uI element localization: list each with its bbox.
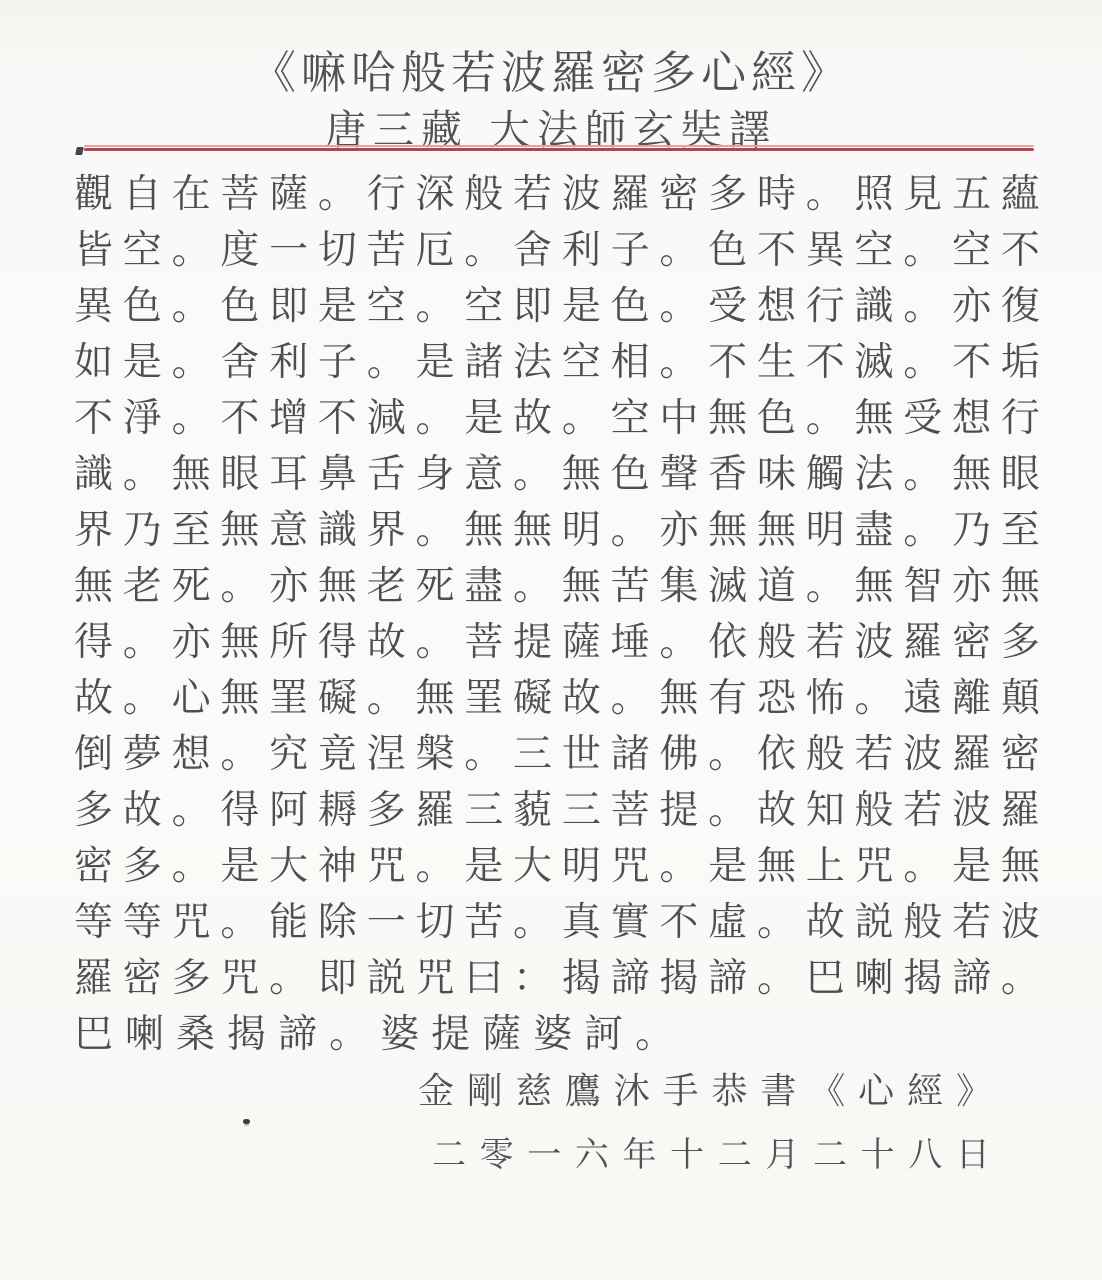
glyph: 故 [74, 679, 113, 718]
glyph: 咒 [855, 847, 894, 886]
glyph: 無 [1001, 847, 1040, 886]
glyph: 多 [708, 175, 747, 214]
glyph: 淨 [123, 399, 162, 438]
glyph: 故 [757, 791, 796, 830]
glyph: 。 [464, 231, 503, 270]
glyph: 中 [659, 399, 698, 438]
glyph: 若 [806, 623, 845, 662]
glyph: 法 [855, 455, 894, 494]
glyph: 諦 [708, 959, 747, 998]
glyph: 無 [513, 511, 552, 550]
glyph: 皆 [74, 231, 113, 270]
glyph: 知 [806, 791, 845, 830]
glyph: 顛 [1001, 679, 1040, 718]
glyph: 倒 [74, 735, 113, 774]
glyph: 羅 [611, 175, 650, 214]
glyph: 有 [708, 679, 747, 718]
glyph: 切 [415, 903, 454, 942]
glyph: 若 [903, 791, 942, 830]
glyph: 。 [172, 343, 211, 382]
glyph: 觀 [74, 175, 113, 214]
glyph: 心 [172, 679, 211, 718]
calligraphy-page: 《嘛哈般若波羅密多心經》 唐三藏 大法師玄奘譯 觀自在菩薩。行深般若波羅密多時。… [0, 0, 1102, 1280]
glyph: 多 [367, 791, 406, 830]
glyph: 。 [1001, 959, 1040, 998]
sutra-title: 《嘛哈般若波羅密多心經》 [0, 36, 1102, 101]
glyph: 羅 [74, 959, 113, 998]
glyph: 菩 [611, 791, 650, 830]
glyph: 埵 [611, 623, 650, 662]
sutra-line: 倒夢想。究竟涅槃。三世諸佛。依般若波羅密 [74, 726, 1040, 782]
glyph: 。 [513, 567, 552, 606]
glyph: 是 [220, 847, 259, 886]
glyph: 無 [659, 679, 698, 718]
glyph: 。 [806, 175, 845, 214]
glyph: 提 [431, 1015, 470, 1054]
ink-speck [243, 1119, 250, 1124]
glyph: 五 [952, 175, 991, 214]
date-line: 二零一六年十二月二十八日 [432, 1138, 990, 1172]
glyph: 究 [269, 735, 308, 774]
glyph: 。 [513, 455, 552, 494]
glyph: 得 [318, 623, 357, 662]
glyph: 如 [74, 343, 113, 382]
glyph: 即 [318, 959, 357, 998]
glyph: 自 [123, 175, 162, 214]
glyph: 。 [513, 903, 552, 942]
glyph: 觸 [806, 455, 845, 494]
glyph: 巴 [74, 1015, 113, 1054]
glyph: 法 [513, 343, 552, 382]
glyph: 夢 [123, 735, 162, 774]
glyph: 心 [858, 1074, 894, 1110]
glyph: 。 [464, 735, 503, 774]
red-underline [84, 145, 1034, 151]
glyph: 。 [611, 679, 650, 718]
sutra-body: 觀自在菩薩。行深般若波羅密多時。照見五蘊 皆空。度一切苦厄。舍利子。色不異空。空… [74, 166, 1040, 1062]
glyph: 無 [757, 847, 796, 886]
glyph: 鷹 [565, 1074, 601, 1110]
glyph: 諦 [278, 1015, 317, 1054]
glyph: 慈 [516, 1074, 552, 1110]
glyph: 説 [367, 959, 406, 998]
glyph: 。 [172, 847, 211, 886]
glyph: 礙 [318, 679, 357, 718]
glyph: 不 [74, 399, 113, 438]
glyph: 色 [611, 287, 650, 326]
glyph: 無 [952, 455, 991, 494]
glyph: 空 [611, 399, 650, 438]
glyph: 經 [907, 1074, 943, 1110]
glyph: 乃 [952, 511, 991, 550]
glyph: 諸 [611, 735, 650, 774]
glyph: 苦 [367, 231, 406, 270]
glyph: 。 [659, 231, 698, 270]
glyph: 復 [1001, 287, 1040, 326]
glyph: 剛 [467, 1074, 503, 1110]
glyph: 無 [757, 511, 796, 550]
glyph: 故 [562, 679, 601, 718]
glyph: 二 [432, 1138, 466, 1172]
glyph: 亦 [659, 511, 698, 550]
glyph: 色 [611, 455, 650, 494]
glyph: 行 [1001, 399, 1040, 438]
glyph: 若 [952, 903, 991, 942]
glyph: 。 [903, 287, 942, 326]
glyph: 亦 [172, 623, 211, 662]
glyph: 密 [1001, 735, 1040, 774]
glyph: 提 [659, 791, 698, 830]
glyph: 。 [611, 511, 650, 550]
glyph: 虛 [708, 903, 747, 942]
glyph: 咒 [367, 847, 406, 886]
glyph: 。 [329, 1015, 368, 1054]
glyph: 離 [952, 679, 991, 718]
red-underline-light [84, 145, 1034, 147]
glyph: 無 [855, 399, 894, 438]
glyph: 《 [809, 1074, 845, 1110]
glyph: 等 [74, 903, 113, 942]
glyph: 蘊 [1001, 175, 1040, 214]
glyph: 空 [855, 231, 894, 270]
glyph: 。 [903, 343, 942, 382]
sutra-line: 多故。得阿耨多羅三藐三菩提。故知般若波羅 [74, 782, 1040, 838]
glyph: 色 [708, 231, 747, 270]
glyph: 亦 [952, 287, 991, 326]
glyph: 色 [123, 287, 162, 326]
glyph: 時 [757, 175, 796, 214]
glyph: 切 [318, 231, 357, 270]
glyph: 味 [757, 455, 796, 494]
glyph: 。 [708, 791, 747, 830]
glyph: 老 [123, 567, 162, 606]
glyph: 。 [318, 175, 357, 214]
sutra-line: 界乃至無意識界。無無明。亦無無明盡。乃至 [74, 502, 1040, 558]
glyph: 大 [269, 847, 308, 886]
glyph: 行 [806, 287, 845, 326]
glyph: 利 [562, 231, 601, 270]
glyph: 二 [813, 1138, 847, 1172]
glyph: 般 [855, 791, 894, 830]
glyph: 是 [708, 847, 747, 886]
glyph: 識 [74, 455, 113, 494]
glyph: 垢 [1001, 343, 1040, 382]
glyph: 般 [806, 735, 845, 774]
glyph: 桑 [176, 1015, 215, 1054]
signature-line: 金剛慈鷹沐手恭書《心經》 [418, 1074, 992, 1110]
glyph: 。 [659, 343, 698, 382]
glyph: 阿 [269, 791, 308, 830]
glyph: 無 [74, 567, 113, 606]
glyph: 。 [123, 623, 162, 662]
glyph: 若 [513, 175, 552, 214]
glyph: 一 [367, 903, 406, 942]
glyph: 遠 [903, 679, 942, 718]
glyph: 厄 [415, 231, 454, 270]
glyph: 是 [318, 287, 357, 326]
sutra-line: 不淨。不增不減。是故。空中無色。無受想行 [74, 390, 1040, 446]
glyph: 想 [172, 735, 211, 774]
sutra-line: 等等咒。能除一切苦。真實不虛。故説般若波 [74, 894, 1040, 950]
glyph: 故 [367, 623, 406, 662]
glyph: 是 [464, 399, 503, 438]
glyph: 揭 [659, 959, 698, 998]
glyph: 。 [562, 399, 601, 438]
glyph: 亦 [952, 567, 991, 606]
glyph: 是 [952, 847, 991, 886]
glyph: 佛 [659, 735, 698, 774]
glyph: 是 [464, 847, 503, 886]
glyph: 鼻 [318, 455, 357, 494]
glyph: 密 [952, 623, 991, 662]
glyph: 喇 [855, 959, 894, 998]
glyph: 不 [806, 343, 845, 382]
glyph: 舍 [513, 231, 552, 270]
sutra-line: 密多。是大神咒。是大明咒。是無上咒。是無 [74, 838, 1040, 894]
glyph: 般 [757, 623, 796, 662]
glyph: 行 [367, 175, 406, 214]
glyph: 利 [269, 343, 308, 382]
glyph: 實 [611, 903, 650, 942]
glyph: 明 [562, 511, 601, 550]
glyph: 智 [903, 567, 942, 606]
glyph: 羅 [903, 623, 942, 662]
glyph: 苦 [611, 567, 650, 606]
glyph: 。 [269, 959, 308, 998]
glyph: 多 [172, 959, 211, 998]
glyph: 咒 [611, 847, 650, 886]
glyph: 罣 [269, 679, 308, 718]
glyph: 。 [367, 679, 406, 718]
glyph: 在 [172, 175, 211, 214]
glyph: 空 [952, 231, 991, 270]
glyph: 喇 [125, 1015, 164, 1054]
glyph: 書 [760, 1074, 796, 1110]
glyph: 眼 [1001, 455, 1040, 494]
glyph: 子 [611, 231, 650, 270]
glyph: 見 [903, 175, 942, 214]
glyph: 恭 [711, 1074, 747, 1110]
glyph: 曰 [464, 959, 503, 998]
glyph: 薩 [269, 175, 308, 214]
glyph: 咒 [415, 959, 454, 998]
glyph: 波 [855, 623, 894, 662]
glyph: 等 [123, 903, 162, 942]
glyph: 多 [123, 847, 162, 886]
glyph: 老 [367, 567, 406, 606]
glyph: 菩 [220, 175, 259, 214]
glyph: 亦 [269, 567, 308, 606]
glyph: 。 [220, 735, 259, 774]
glyph: 。 [903, 231, 942, 270]
glyph: 不 [1001, 231, 1040, 270]
glyph: 。 [123, 679, 162, 718]
glyph: 色 [757, 399, 796, 438]
glyph: 。 [172, 399, 211, 438]
glyph: 界 [74, 511, 113, 550]
glyph: 除 [318, 903, 357, 942]
glyph: 。 [172, 231, 211, 270]
glyph: 照 [855, 175, 894, 214]
glyph: 。 [757, 959, 796, 998]
glyph: 無 [562, 567, 601, 606]
glyph: 十 [861, 1138, 895, 1172]
glyph: 無 [562, 455, 601, 494]
glyph: 空 [562, 343, 601, 382]
glyph: 盡 [464, 567, 503, 606]
glyph: 生 [757, 343, 796, 382]
glyph: 般 [903, 903, 942, 942]
glyph: 。 [123, 455, 162, 494]
glyph: 諦 [952, 959, 991, 998]
glyph: 意 [269, 511, 308, 550]
glyph: 藐 [513, 791, 552, 830]
glyph: 死 [172, 567, 211, 606]
sutra-line: 無老死。亦無老死盡。無苦集滅道。無智亦無 [74, 558, 1040, 614]
glyph: 礙 [513, 679, 552, 718]
glyph: 諦 [611, 959, 650, 998]
glyph: 即 [513, 287, 552, 326]
red-underline-dark [84, 148, 1034, 151]
glyph: 訶 [584, 1015, 623, 1054]
glyph: 不 [952, 343, 991, 382]
glyph: 舌 [367, 455, 406, 494]
glyph: 相 [611, 343, 650, 382]
glyph: 耨 [318, 791, 357, 830]
glyph: 聲 [659, 455, 698, 494]
glyph: 。 [806, 399, 845, 438]
glyph: 揭 [903, 959, 942, 998]
glyph: 提 [513, 623, 552, 662]
glyph: 無 [464, 511, 503, 550]
glyph: 無 [220, 511, 259, 550]
glyph: 集 [659, 567, 698, 606]
glyph: 無 [318, 567, 357, 606]
glyph: 故 [806, 903, 845, 942]
glyph: 即 [269, 287, 308, 326]
glyph: ： [513, 959, 552, 998]
glyph: 明 [562, 847, 601, 886]
glyph: 至 [172, 511, 211, 550]
sutra-line: 皆空。度一切苦厄。舍利子。色不異空。空不 [74, 222, 1040, 278]
glyph: 空 [464, 287, 503, 326]
glyph: 羅 [415, 791, 454, 830]
glyph: 。 [855, 679, 894, 718]
glyph: 波 [562, 175, 601, 214]
glyph: 度 [220, 231, 259, 270]
glyph: 空 [123, 231, 162, 270]
glyph: 依 [757, 735, 796, 774]
glyph: 六 [575, 1138, 609, 1172]
glyph: 無 [708, 399, 747, 438]
glyph: 薩 [562, 623, 601, 662]
glyph: 。 [659, 847, 698, 886]
glyph: 界 [367, 511, 406, 550]
glyph: 。 [659, 623, 698, 662]
glyph: 識 [318, 511, 357, 550]
glyph: 薩 [482, 1015, 521, 1054]
glyph: 識 [855, 287, 894, 326]
glyph: 。 [415, 623, 454, 662]
glyph: 竟 [318, 735, 357, 774]
glyph: 依 [708, 623, 747, 662]
glyph: 揭 [562, 959, 601, 998]
sutra-line: 羅密多咒。即説咒曰：揭諦揭諦。巴喇揭諦。 [74, 950, 1040, 1006]
glyph: 無 [220, 679, 259, 718]
glyph: 至 [1001, 511, 1040, 550]
glyph: 是 [123, 343, 162, 382]
glyph: 異 [806, 231, 845, 270]
glyph: 身 [415, 455, 454, 494]
glyph: 深 [415, 175, 454, 214]
glyph: 揭 [227, 1015, 266, 1054]
sutra-line: 巴喇桑揭諦。婆提薩婆訶。 [74, 1006, 1040, 1062]
glyph: 。 [659, 287, 698, 326]
glyph: 意 [464, 455, 503, 494]
glyph: 上 [806, 847, 845, 886]
glyph: 所 [269, 623, 308, 662]
glyph: 諸 [464, 343, 503, 382]
glyph: 。 [903, 511, 942, 550]
glyph: 空 [367, 287, 406, 326]
glyph: 真 [562, 903, 601, 942]
glyph: 受 [708, 287, 747, 326]
glyph: 道 [757, 567, 796, 606]
sutra-line: 故。心無罣礙。無罣礙故。無有恐怖。遠離顛 [74, 670, 1040, 726]
glyph: 故 [123, 791, 162, 830]
glyph: 槃 [415, 735, 454, 774]
glyph: 零 [480, 1138, 514, 1172]
glyph: 。 [635, 1015, 674, 1054]
glyph: 神 [318, 847, 357, 886]
glyph: 一 [269, 231, 308, 270]
glyph: 恐 [757, 679, 796, 718]
glyph: 香 [708, 455, 747, 494]
glyph: 無 [1001, 567, 1040, 606]
glyph: 能 [269, 903, 308, 942]
glyph: 羅 [952, 735, 991, 774]
glyph: 菩 [464, 623, 503, 662]
glyph: 三 [562, 791, 601, 830]
sutra-line: 得。亦無所得故。菩提薩埵。依般若波羅密多 [74, 614, 1040, 670]
glyph: 是 [415, 343, 454, 382]
glyph: 不 [708, 343, 747, 382]
glyph: 三 [513, 735, 552, 774]
glyph: 。 [220, 567, 259, 606]
glyph: 怖 [806, 679, 845, 718]
glyph: 咒 [172, 903, 211, 942]
sutra-line: 異色。色即是空。空即是色。受想行識。亦復 [74, 278, 1040, 334]
glyph: 。 [415, 287, 454, 326]
glyph: 涅 [367, 735, 406, 774]
glyph: 罣 [464, 679, 503, 718]
glyph: 。 [172, 287, 211, 326]
glyph: 巴 [806, 959, 845, 998]
glyph: 般 [464, 175, 503, 214]
glyph: 密 [74, 847, 113, 886]
glyph: 十 [670, 1138, 704, 1172]
glyph: 死 [415, 567, 454, 606]
glyph: 受 [903, 399, 942, 438]
glyph: 》 [956, 1074, 992, 1110]
glyph: 想 [757, 287, 796, 326]
glyph: 八 [908, 1138, 942, 1172]
glyph: 沐 [614, 1074, 650, 1110]
glyph: 日 [956, 1138, 990, 1172]
glyph: 耳 [269, 455, 308, 494]
glyph: 無 [855, 567, 894, 606]
glyph: 色 [220, 287, 259, 326]
